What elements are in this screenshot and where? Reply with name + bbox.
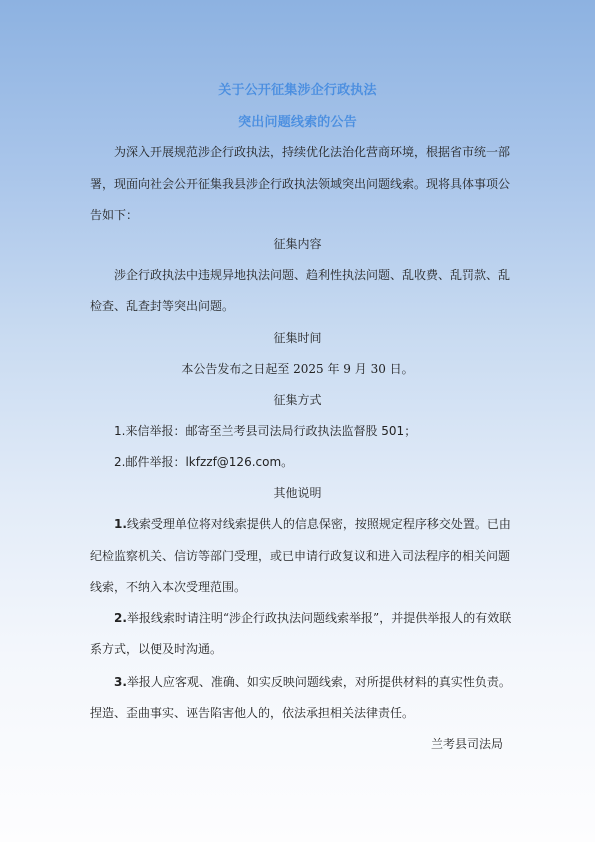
- signature: 兰考县司法局: [431, 737, 503, 751]
- note-1-line-2: 纪检监察机关、信访等部门受理，或已申请行政复议和进入司法程序的相关问题: [90, 549, 510, 563]
- section-heading-method: 征集方式: [0, 393, 595, 407]
- time-line-1: 本公告发布之日起至 2025 年 9 月 30 日。: [0, 362, 595, 376]
- method-item-end: ；: [404, 424, 416, 438]
- note-text: 举报人应客观、准确、如实反映问题线索，对所提供材料的真实性负责。: [127, 675, 511, 689]
- note-number: 1.: [114, 517, 127, 531]
- intro-line-3: 告如下：: [90, 208, 138, 222]
- note-number: 3.: [114, 675, 127, 689]
- method-item-number: 1.: [114, 424, 125, 438]
- note-text: 举报线索时请注明“涉企行政执法问题线索举报”，并提供举报人的有效联: [127, 611, 511, 625]
- note-text: 线索受理单位将对线索提供人的信息保密，按照规定程序移交处置。已由: [127, 517, 511, 531]
- email-address-link[interactable]: lkfzzf@126.com: [185, 455, 281, 469]
- section-heading-notes: 其他说明: [0, 486, 595, 500]
- document-page: 关于公开征集涉企行政执法 突出问题线索的公告 为深入开展规范涉企行政执法，持续优…: [0, 0, 595, 842]
- note-3-line-2: 捏造、歪曲事实、诬告陷害他人的，依法承担相关法律责任。: [90, 706, 414, 720]
- method-item-number: 2.: [114, 455, 125, 469]
- note-1-line-3: 线索，不纳入本次受理范围。: [90, 580, 246, 594]
- note-2-line-1: 2.举报线索时请注明“涉企行政执法问题线索举报”，并提供举报人的有效联: [114, 611, 511, 625]
- note-1-line-1: 1.线索受理单位将对线索提供人的信息保密，按照规定程序移交处置。已由: [114, 517, 511, 531]
- intro-line-2: 署，现面向社会公开征集我县涉企行政执法领域突出问题线索。现将具体事项公: [90, 177, 510, 191]
- document-title-line-2: 突出问题线索的公告: [0, 111, 595, 130]
- method-item-end: 。: [281, 455, 293, 469]
- method-item-email: 2.邮件举报：lkfzzf@126.com。: [114, 455, 293, 469]
- note-number: 2.: [114, 611, 127, 625]
- method-item-text: 邮件举报：: [125, 455, 185, 469]
- section-heading-time: 征集时间: [0, 331, 595, 345]
- intro-line-1: 为深入开展规范涉企行政执法，持续优化法治化营商环境，根据省市统一部: [114, 145, 510, 159]
- note-3-line-1: 3.举报人应客观、准确、如实反映问题线索，对所提供材料的真实性负责。: [114, 675, 511, 689]
- document-title-line-1: 关于公开征集涉企行政执法: [0, 79, 595, 98]
- method-item-text: 来信举报：邮寄至兰考县司法局行政执法监督股: [125, 424, 381, 438]
- method-item-mail: 1.来信举报：邮寄至兰考县司法局行政执法监督股 501；: [114, 424, 416, 438]
- section-heading-content: 征集内容: [0, 237, 595, 251]
- content-line-2: 检查、乱查封等突出问题。: [90, 299, 234, 313]
- method-item-room: 501: [381, 424, 404, 438]
- content-line-1: 涉企行政执法中违规异地执法问题、趋利性执法问题、乱收费、乱罚款、乱: [114, 268, 510, 282]
- note-2-line-2: 系方式，以便及时沟通。: [90, 642, 222, 656]
